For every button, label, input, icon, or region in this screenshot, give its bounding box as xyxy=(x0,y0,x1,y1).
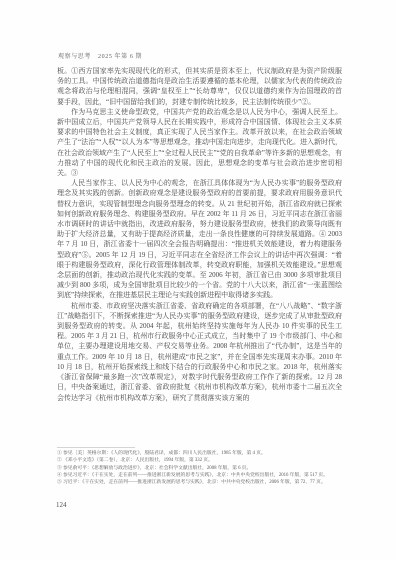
footnote-item: ① 参见［美］英格尔斯：《人的现代化》，殷陆君译，成都：四川人民出版社，1985… xyxy=(57,450,349,457)
body-paragraph: 作为马克思主义使命型政党，中国共产党的政治观念是以人民为中心，强调人民至上。新中… xyxy=(57,107,342,178)
footnotes: ① 参见［美］英格尔斯：《人的现代化》，殷陆君译，成都：四川人民出版社，1985… xyxy=(57,450,349,486)
body-paragraph: 人民当家作主、以人民为中心的观念，在浙江具体体现为“为人民办实事”的服务型政府理… xyxy=(57,178,342,300)
footnote-item: ② 《邓小平文选》（第二卷），北京：人民出版社，1994 年版，第 332 页。 xyxy=(57,457,349,464)
journal-title: 观察与思考 xyxy=(58,54,91,60)
footnote-item: ③ 参见俞可平：《思想解放与政治进步》，北京：社会科学文献出版社，2008 年版… xyxy=(57,465,349,472)
footnote-separator xyxy=(57,447,135,448)
journal-page: 观察与思考2025 年第 6 期 板。①西方国家率先实现现代化的形式，但其实质是… xyxy=(0,0,396,561)
running-head: 观察与思考2025 年第 6 期 xyxy=(58,51,142,60)
footnote-item: ④ 参见习近平：《干在实处，走在前列——推进浙江新发展的思考与实践》，北京：中共… xyxy=(57,472,349,479)
article-body: 板。①西方国家率先实现现代化的形式，但其实质是资本至上，代议制政府是为资产阶级服… xyxy=(57,66,342,403)
page-number: 124 xyxy=(56,501,67,509)
body-paragraph: 板。①西方国家率先实现现代化的形式，但其实质是资本至上，代议制政府是为资产阶级服… xyxy=(57,66,342,107)
issue-label: 2025 年第 6 期 xyxy=(98,54,142,60)
footnote-item: ⑤ 习近平：《干在实处，走在前列——推进浙江新发展的思考与实践》，北京：中共中央… xyxy=(57,479,349,486)
body-paragraph: 杭州市委、市政府坚决落实浙江省委、省政府确定的各项部署，在“八八战略”、“数字浙… xyxy=(57,301,342,403)
